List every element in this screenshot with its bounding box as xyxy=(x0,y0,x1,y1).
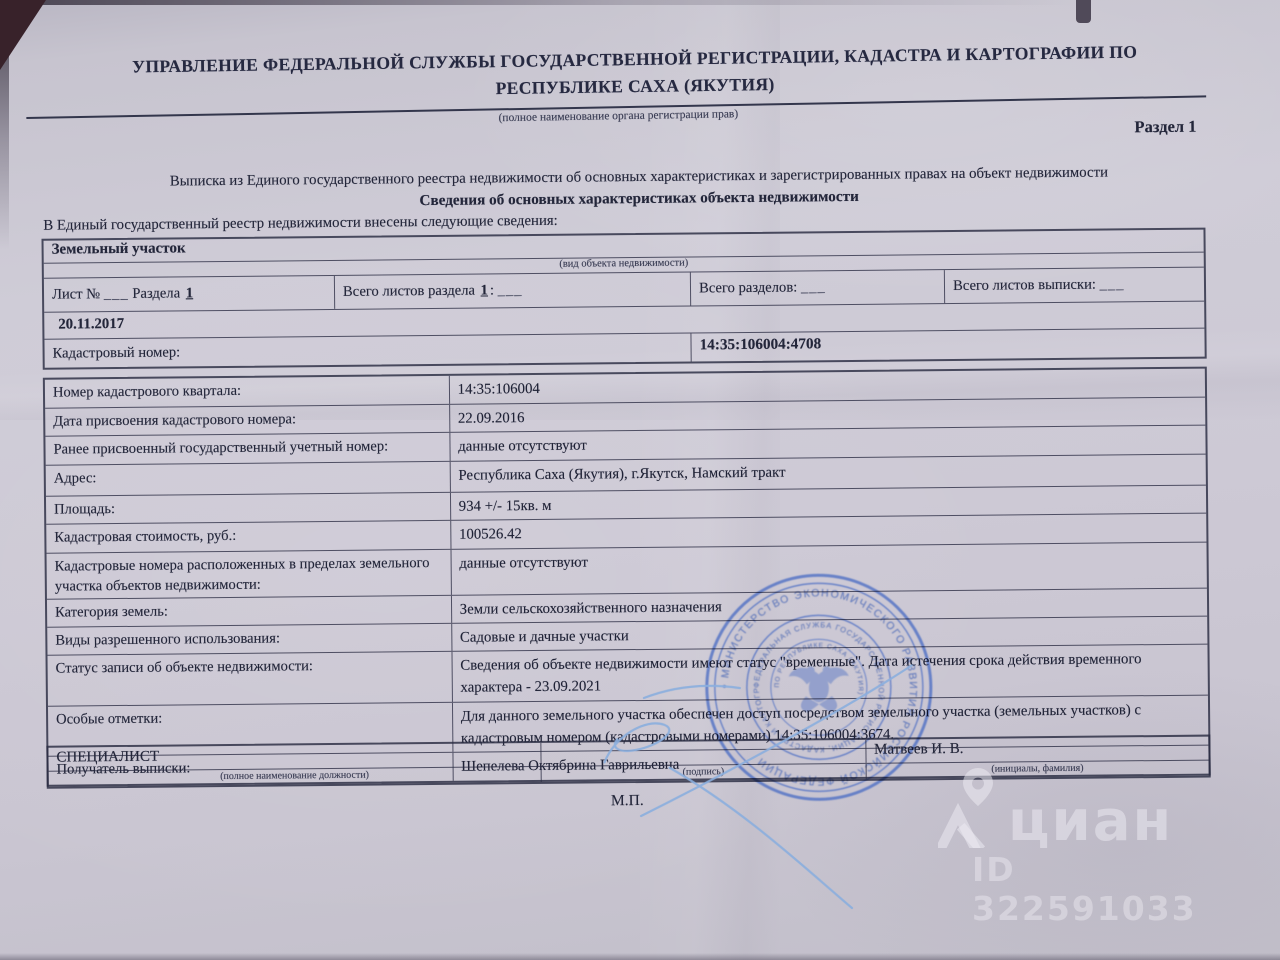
row-label: Кадастровые номера расположенных в преде… xyxy=(47,549,451,598)
cadastral-number-label: Кадастровый номер: xyxy=(44,334,690,368)
cian-logo-icon xyxy=(938,768,996,848)
intro-text: В Единый государственный реестр недвижим… xyxy=(43,213,558,235)
row-label: Адрес: xyxy=(46,462,450,496)
object-info-table: Земельный участок (вид объекта недвижимо… xyxy=(41,228,1206,370)
sheet-number-cell: Лист № ___ Раздела 1 xyxy=(44,276,334,312)
row-label: Площадь: xyxy=(46,493,450,524)
section-number: 1 xyxy=(184,285,195,301)
section-label: Раздел 1 xyxy=(1134,117,1196,138)
specialist-label: СПЕЦИАЛИСТ xyxy=(48,743,540,771)
row-label: Категория земель: xyxy=(47,596,451,627)
section-number: 1 xyxy=(479,282,490,298)
cadastral-number-value: 14:35:106004:4708 xyxy=(691,329,1205,362)
blank-field: ___ xyxy=(1099,276,1124,292)
row-label: Статус записи об объекте недвижимости: xyxy=(48,652,452,705)
photo-background: УПРАВЛЕНИЕ ФЕДЕРАЛЬНОЙ СЛУЖБЫ ГОСУДАРСТВ… xyxy=(0,0,1280,960)
row-label: Кадастровая стоимость, руб.: xyxy=(46,521,450,552)
row-label: Виды разрешенного использования: xyxy=(47,624,451,655)
total-extract-sheets-cell: Всего листов выписки: ___ xyxy=(944,268,1204,303)
blank-field: ___ xyxy=(498,282,523,298)
row-label: Дата присвоения кадастрового номера: xyxy=(45,405,449,436)
blank-field: ___ xyxy=(104,286,129,302)
watermark-row: циан xyxy=(938,768,1238,848)
blank-field: ___ xyxy=(801,279,826,295)
row-label: Номер кадастрового квартала: xyxy=(45,376,449,408)
row-label: Ранее присвоенный государственный учетны… xyxy=(45,433,449,465)
total-section-sheets-cell: Всего листов раздела 1: ___ xyxy=(334,273,690,309)
signature-scribble xyxy=(543,637,966,960)
watermark-id: ID 322591033 xyxy=(972,850,1238,928)
watermark: циан ID 322591033 xyxy=(938,768,1238,928)
total-sections-cell: Всего разделов: ___ xyxy=(690,270,944,305)
watermark-brand: циан xyxy=(1008,795,1173,848)
